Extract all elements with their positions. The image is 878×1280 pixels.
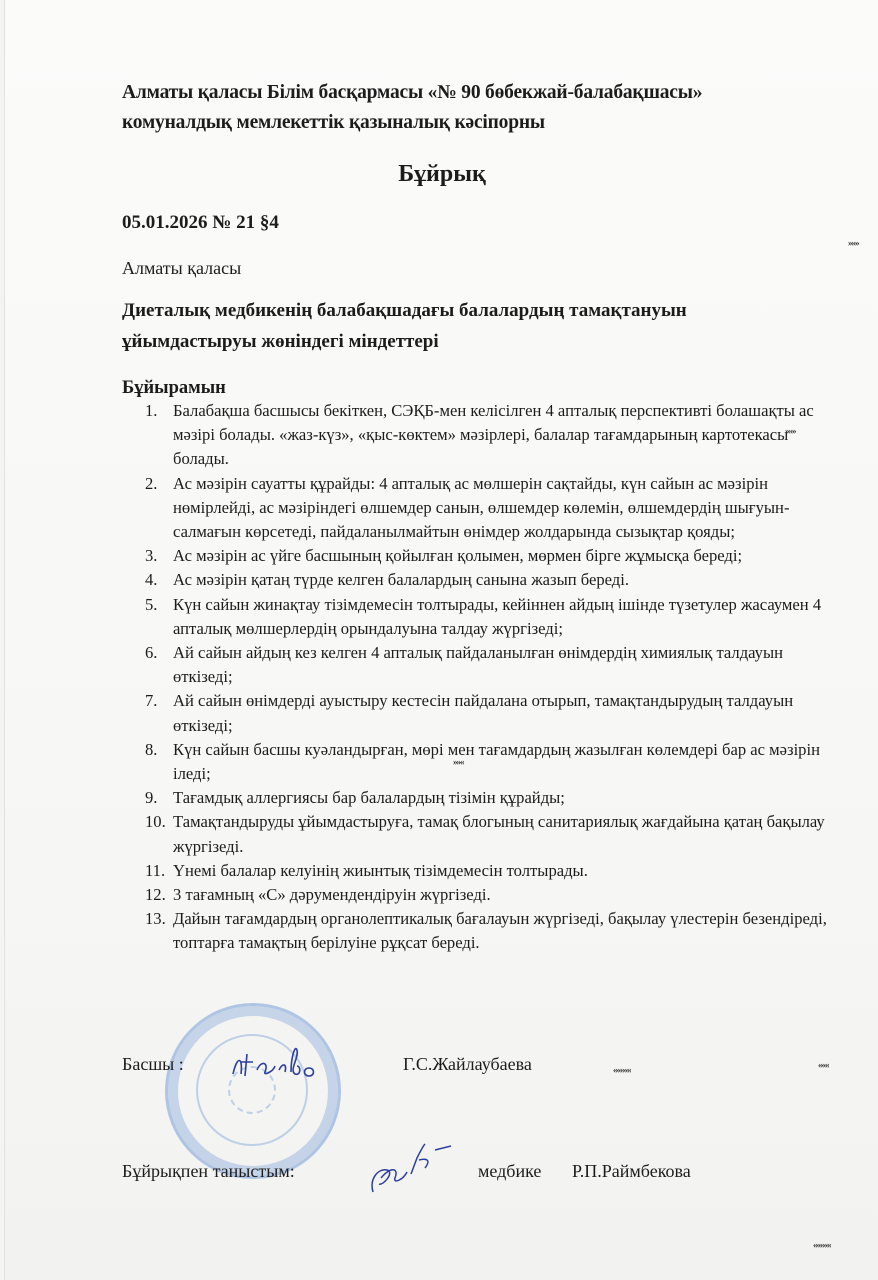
list-item: 3.Ас мәзірін ас үйге басшының қойылған қ… [145, 544, 845, 568]
item-number: 3. [145, 544, 171, 568]
head-name: Г.С.Жайлаубаева [403, 1054, 532, 1075]
document-page: Алматы қаласы Білім басқармасы «№ 90 бөб… [4, 0, 878, 1280]
item-text: Тағамдық аллергиясы бар балалардың тізім… [173, 788, 565, 807]
item-text: Ай сайын өнімдерді ауыстыру кестесін пай… [173, 691, 793, 734]
order-label: Бұйырамын [122, 378, 226, 399]
scan-artifact-icon: »»» [785, 426, 796, 436]
item-text: Дайын тағамдардың органолептикалық бағал… [173, 909, 827, 952]
list-item: 6.Ай сайын айдың кез келген 4 апталық па… [145, 641, 845, 689]
item-number: 13. [145, 907, 171, 931]
scan-artifact-icon: ««« [818, 1060, 829, 1070]
list-item: 9.Тағамдық аллергиясы бар балалардың тіз… [145, 786, 845, 810]
head-label: Басшы : [122, 1054, 184, 1075]
list-item: 11.Үнемі балалар келуінің жиынтық тізімд… [145, 859, 845, 883]
organization-line-2: комуналдық мемлекеттік қазыналық кәсіпор… [122, 112, 545, 134]
item-number: 4. [145, 568, 171, 592]
scan-artifact-icon: ««««« [813, 1240, 831, 1250]
subject-line-1: Диеталық медбикенің балабақшадағы балала… [122, 300, 687, 322]
item-text: Күн сайын басшы куәландырған, мөрі мен т… [173, 740, 820, 783]
item-number: 12. [145, 883, 171, 907]
city: Алматы қаласы [122, 258, 241, 279]
duties-list: 1.Балабақша басшысы бекіткен, СЭҚБ-мен к… [145, 399, 845, 956]
item-number: 9. [145, 786, 171, 810]
item-text: Күн сайын жинақтау тізімдемесін толтырад… [173, 595, 821, 638]
list-item: 7.Ай сайын өнімдерді ауыстыру кестесін п… [145, 689, 845, 737]
nurse-signature-icon [365, 1138, 465, 1198]
item-number: 8. [145, 738, 171, 762]
item-text: Үнемі балалар келуінің жиынтық тізімдеме… [173, 861, 588, 880]
item-text: Ас мәзірін сауатты құрайды: 4 апталық ас… [173, 474, 789, 541]
subject-line-2: ұйымдастыруы жөніндегі міндеттері [122, 331, 439, 353]
list-item: 10.Тамақтандыруды ұйымдастыруға, тамақ б… [145, 810, 845, 858]
item-number: 7. [145, 689, 171, 713]
item-number: 10. [145, 810, 171, 834]
item-text: Ас мәзірін ас үйге басшының қойылған қол… [173, 546, 742, 565]
item-text: 3 тағамның «С» дәрумендендіруін жүргізед… [173, 885, 491, 904]
acknowledged-role: медбике [478, 1161, 541, 1182]
acknowledged-label: Бұйрықпен таныстым: [122, 1161, 295, 1182]
document-title: Бұйрық [5, 161, 878, 188]
item-text: Ай сайын айдың кез келген 4 апталық пайд… [173, 643, 783, 686]
item-number: 5. [145, 593, 171, 617]
item-text: Балабақша басшысы бекіткен, СЭҚБ-мен кел… [173, 401, 814, 468]
item-number: 2. [145, 472, 171, 496]
list-item: 1.Балабақша басшысы бекіткен, СЭҚБ-мен к… [145, 399, 845, 472]
scan-artifact-icon: ««««« [613, 1065, 631, 1075]
list-item: 12.3 тағамның «С» дәрумендендіруін жүргі… [145, 883, 845, 907]
item-number: 1. [145, 399, 171, 423]
organization-line-1: Алматы қаласы Білім басқармасы «№ 90 бөб… [122, 82, 702, 104]
item-number: 11. [145, 859, 171, 883]
head-signature-icon [227, 1040, 327, 1084]
scan-artifact-icon: »»« [453, 757, 464, 767]
list-item: 2.Ас мәзірін сауатты құрайды: 4 апталық … [145, 472, 845, 545]
acknowledged-name: Р.П.Раймбекова [572, 1161, 691, 1182]
list-item: 13.Дайын тағамдардың органолептикалық ба… [145, 907, 845, 955]
item-text: Тамақтандыруды ұйымдастыруға, тамақ блог… [173, 812, 825, 855]
list-item: 8.Күн сайын басшы куәландырған, мөрі мен… [145, 738, 845, 786]
item-text: Ас мәзірін қатаң түрде келген балалардың… [173, 570, 629, 589]
list-item: 5.Күн сайын жинақтау тізімдемесін толтыр… [145, 593, 845, 641]
item-number: 6. [145, 641, 171, 665]
order-number: 05.01.2026 № 21 §4 [122, 212, 279, 234]
official-stamp-icon [165, 1003, 341, 1179]
list-item: 4.Ас мәзірін қатаң түрде келген балалард… [145, 568, 845, 592]
scan-artifact-icon: »»» [848, 238, 859, 248]
